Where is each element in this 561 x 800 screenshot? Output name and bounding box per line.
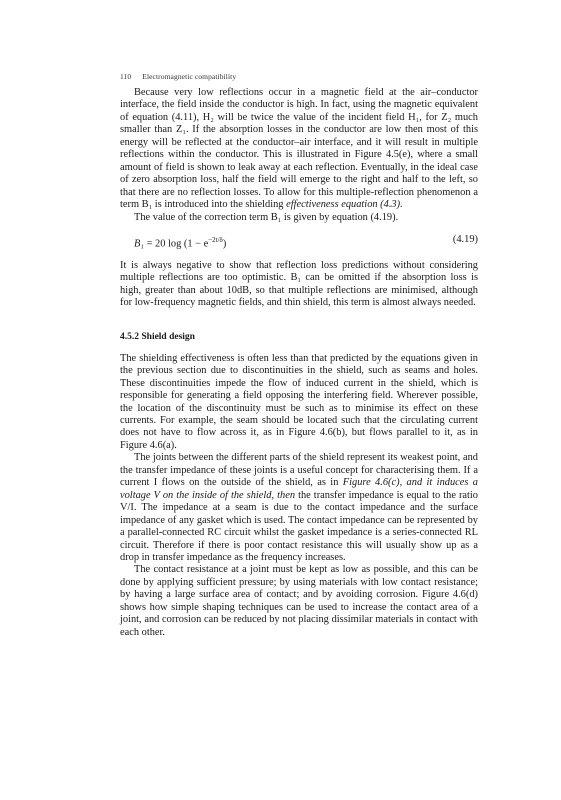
- paragraph-italic-text: effectiveness equation (4.3).: [286, 199, 403, 210]
- equation-rhs: = 20 log (1 − e: [144, 238, 208, 249]
- paragraph-negative-term: It is always negative to show that refle…: [120, 260, 478, 310]
- page-number: 110: [120, 72, 131, 81]
- running-title: Electromagnetic compatibility: [142, 72, 236, 81]
- equation-exponent: −2t/δ: [208, 236, 223, 244]
- paragraph-joints: The joints between the different parts o…: [120, 452, 478, 564]
- paragraph-multiple-reflections: Because very low reflections occur in a …: [120, 87, 478, 212]
- paragraph-text: Because very low reflections occur in a …: [120, 87, 478, 210]
- equation-body: B₁ = 20 log (1 − e−2t/δ): [134, 234, 226, 251]
- equation-4-19: B₁ = 20 log (1 − e−2t/δ) (4.19): [120, 234, 478, 251]
- paragraph-correction-term: The value of the correction term B₁ is g…: [120, 212, 478, 224]
- running-head: 110 Electromagnetic compatibility: [120, 72, 478, 81]
- equation-close: ): [223, 238, 226, 249]
- paragraph-contact-resistance: The contact resistance at a joint must b…: [120, 564, 478, 639]
- paragraph-shielding-effectiveness: The shielding effectiveness is often les…: [120, 353, 478, 453]
- equation-number: (4.19): [453, 234, 478, 251]
- book-page: 110 Electromagnetic compatibility Becaus…: [120, 72, 478, 639]
- section-heading: 4.5.2 Shield design: [120, 332, 478, 342]
- equation-lhs: B₁: [134, 238, 144, 249]
